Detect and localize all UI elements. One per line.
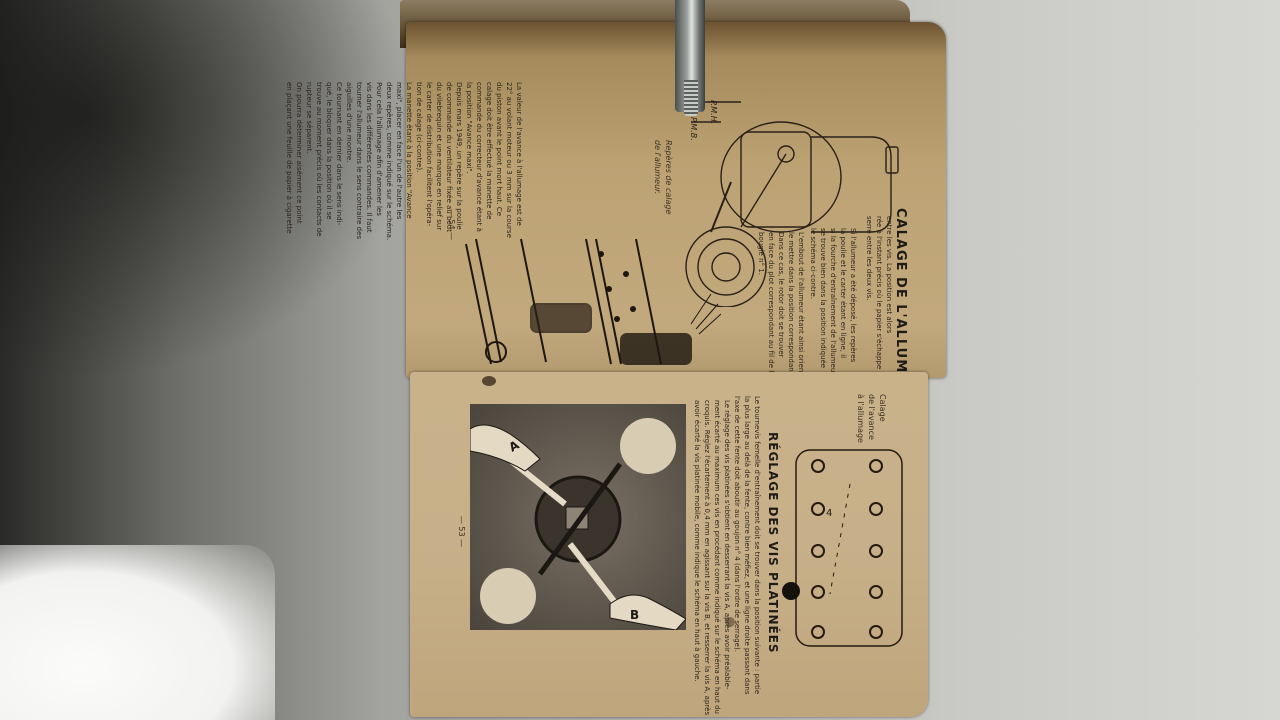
svg-text:4: 4: [826, 508, 832, 519]
left-text-column: La valeur de l'avance à l'allumage est d…: [284, 82, 524, 240]
page-number: — 54 —: [447, 209, 456, 240]
figure-caption: Repères de calage de l'allumeur.: [652, 140, 674, 214]
contact-breaker-photo: A B: [470, 404, 686, 630]
pen-threaded-tip: [684, 80, 698, 116]
bolt-plate-diagram: 4: [790, 444, 910, 654]
side-caption: Calage de l'avance à l'allumage: [855, 394, 888, 443]
light-glare: [0, 545, 275, 720]
ink-stain: [482, 376, 496, 386]
svg-text:B: B: [630, 608, 639, 622]
distributor-shaft-icon: [782, 582, 800, 600]
section-title: RÉGLAGE DES VIS PLATINÉES: [766, 432, 780, 654]
engine-illustration: [461, 234, 721, 374]
body-text: Le réglage des vis platinées s'obtient e…: [692, 400, 732, 715]
intro-text: Le tournevis femelle d'entraînement doit…: [732, 396, 762, 695]
svg-text:P.M.B.: P.M.B.: [689, 117, 698, 141]
page-number: — 53 —: [457, 516, 466, 547]
ink-stain: [725, 617, 735, 627]
svg-text:P.M.H.: P.M.H.: [709, 100, 718, 124]
open-book: CALAGE DE L'ALLUMAGE entre les vis. La p…: [398, 0, 950, 720]
